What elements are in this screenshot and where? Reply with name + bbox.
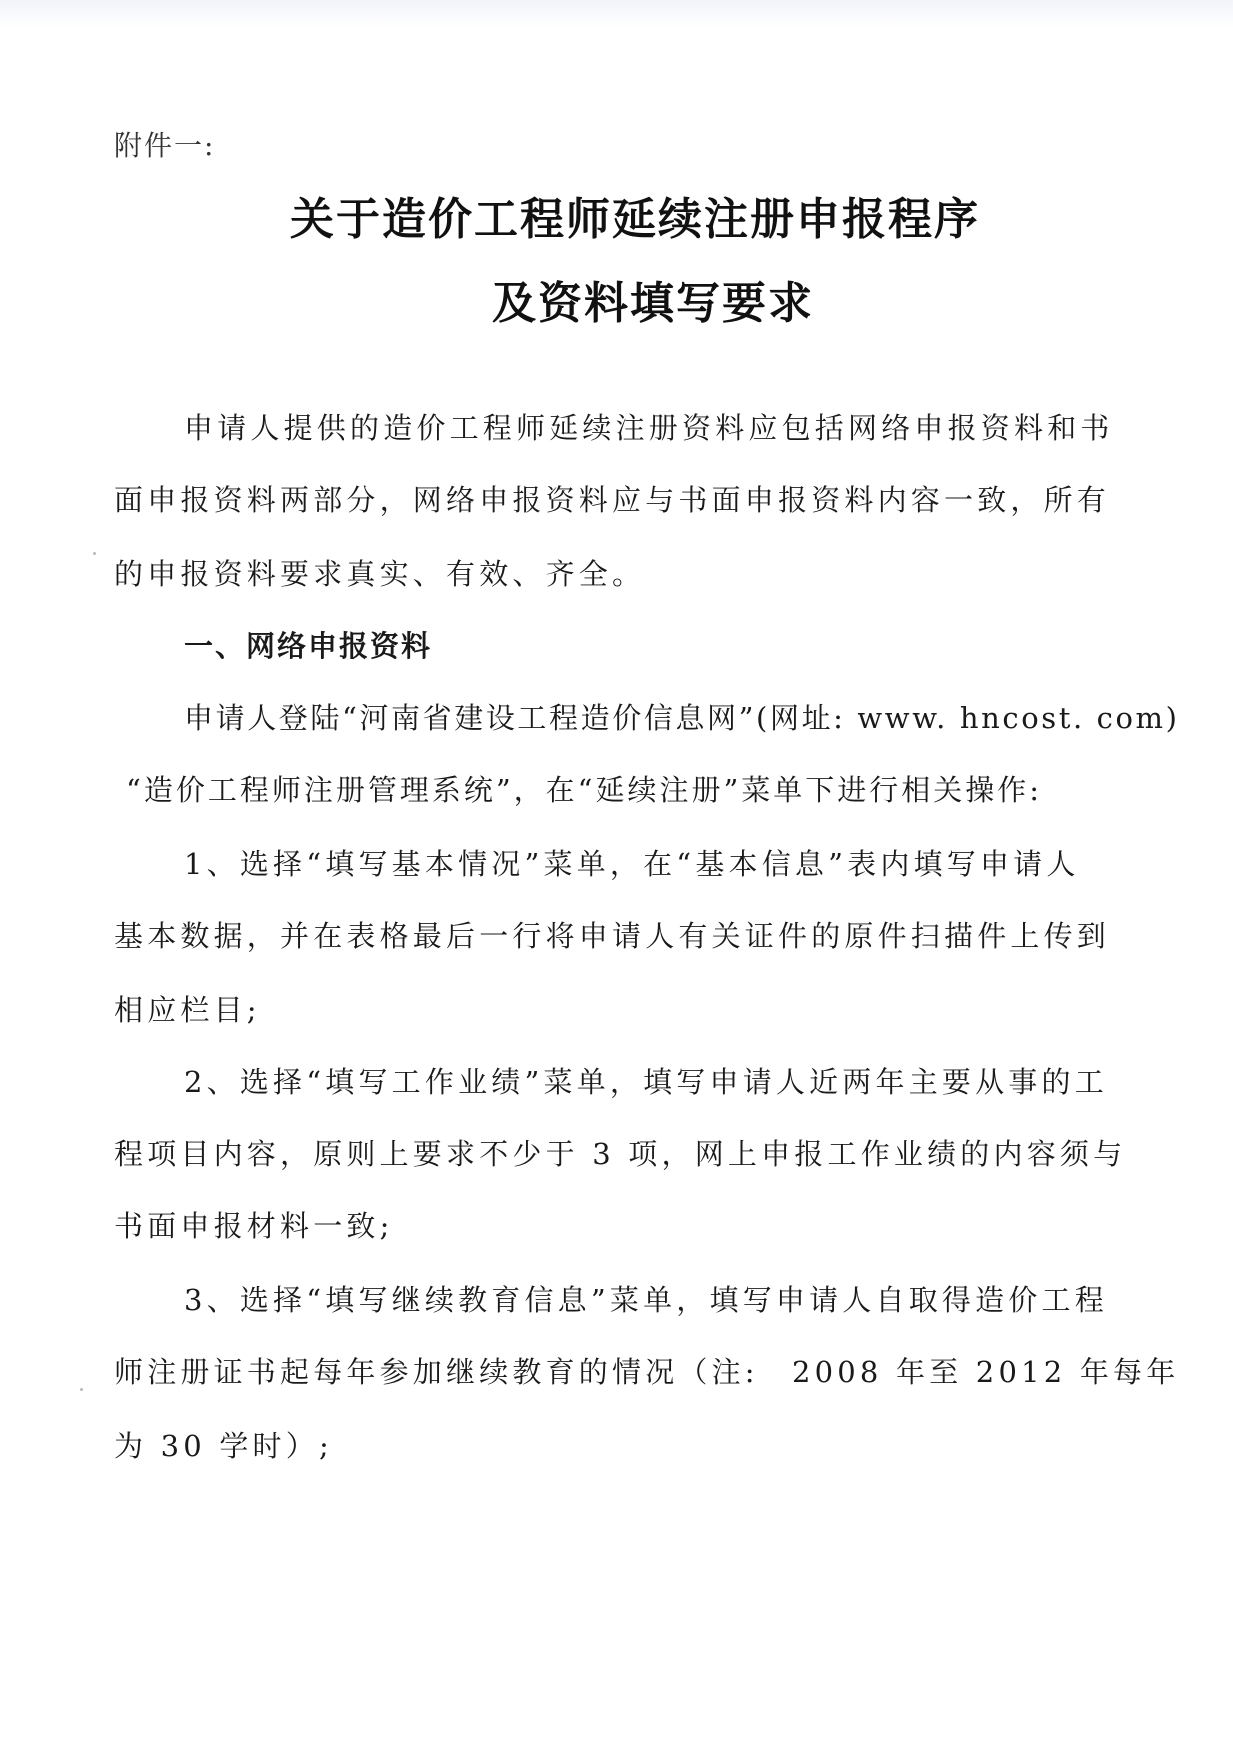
item3-line: 3、选择“填写继续教育信息”菜单，填写申请人自取得造价工程 [184,1282,1108,1318]
section-heading-online-materials: 一、网络申报资料 [184,628,432,664]
scan-top-tint [0,0,1233,28]
document-title-line2: 及资料填写要求 [492,278,814,330]
document-title-line1: 关于造价工程师延续注册申报程序 [290,194,980,246]
intro-paragraph-line: 的申报资料要求真实、有效、齐全。 [114,556,645,592]
item3-line: 为 30 学时）; [114,1428,333,1464]
item2-line: 书面申报材料一致; [114,1208,394,1244]
scan-speck [80,1388,83,1391]
intro-paragraph-line: 申请人提供的造价工程师延续注册资料应包括网络申报资料和书 [184,410,1114,446]
scan-speck [93,552,96,555]
section1-line: 申请人登陆“河南省建设工程造价信息网”(网址: www. hncost. com… [184,700,1180,736]
item3-line: 师注册证书起每年参加继续教育的情况（注: 2008 年至 2012 年每年 [114,1354,1179,1390]
item1-line: 1、选择“填写基本情况”菜单，在“基本信息”表内填写申请人 [184,846,1080,882]
attachment-label: 附件一: [114,128,215,164]
item1-line: 基本数据，并在表格最后一行将申请人有关证件的原件扫描件上传到 [114,918,1110,954]
item1-line: 相应栏目; [114,992,261,1028]
section1-line: “造价工程师注册管理系统”，在“延续注册”菜单下进行相关操作: [126,772,1042,808]
item2-line: 2、选择“填写工作业绩”菜单，填写申请人近两年主要从事的工 [184,1064,1108,1100]
item2-line: 程项目内容，原则上要求不少于 3 项，网上申报工作业绩的内容须与 [114,1136,1126,1172]
intro-paragraph-line: 面申报资料两部分，网络申报资料应与书面申报资料内容一致，所有 [114,482,1110,518]
